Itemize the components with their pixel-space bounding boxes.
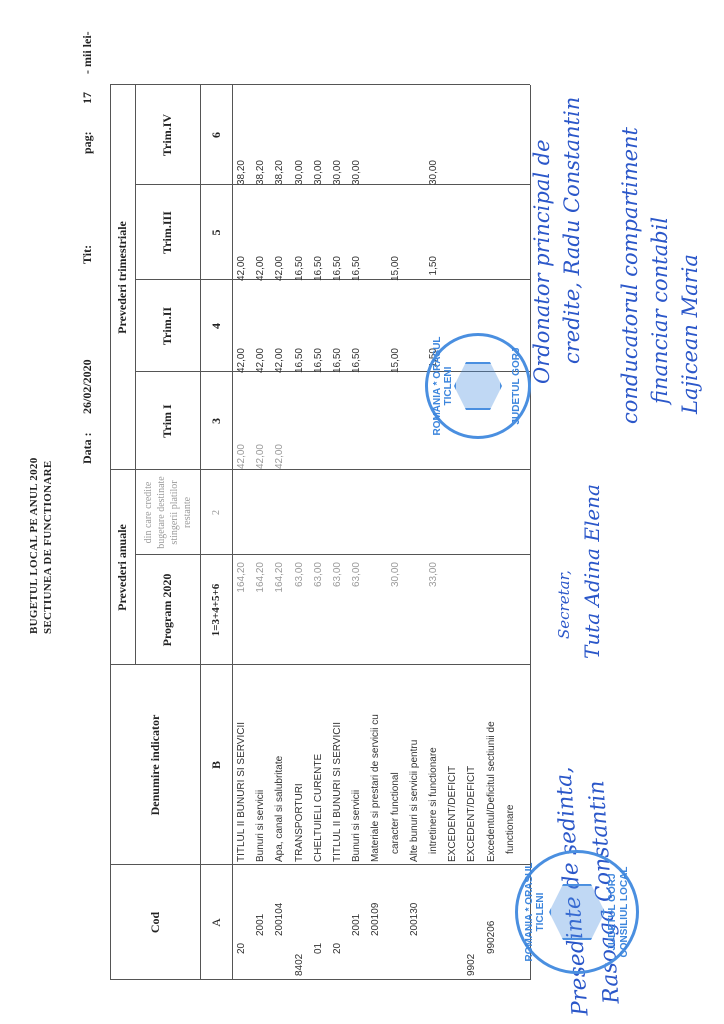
cell-cod: 200130	[409, 903, 420, 936]
cell-trim3: 42,00	[274, 256, 285, 316]
colnum-trim3: 5	[200, 185, 232, 280]
cell-denumire: Apa, canal si salubritate	[274, 756, 285, 862]
cell-trim3: 42,00	[236, 256, 247, 316]
colnum-trim2: 4	[200, 280, 232, 372]
cell-trim3: 42,00	[255, 256, 266, 316]
cell-cod: 2001	[255, 914, 266, 936]
cell-trim2: 16,50	[332, 348, 343, 408]
cell-trim2: 15,00	[390, 348, 401, 408]
header-trim2: Trim.II	[135, 280, 200, 372]
stamp2-council-text: CONSILIUL LOCAL	[619, 853, 630, 971]
colnum-trim4: 6	[200, 85, 232, 185]
cell-cod: 9902	[466, 954, 477, 976]
column-number-divider	[232, 85, 233, 980]
cell-denumire: caracter functional	[390, 772, 401, 854]
cell-trim4: 38,20	[255, 160, 266, 220]
official-stamp-primarie: ROMANIA * ORASUL TICLENI JUDETUL GORJ	[425, 333, 531, 439]
header-program: Program 2020	[135, 555, 200, 665]
cell-trim4: 30,00	[332, 160, 343, 220]
stamp-bottom-text: JUDETUL GORJ	[511, 336, 522, 436]
signature-conducator-line1: conducatorul compartiment	[618, 127, 642, 424]
cell-trim2: 42,00	[274, 348, 285, 408]
cell-trim1: 42,00	[274, 444, 285, 504]
signature-conducator-line3: Lajicean Maria	[678, 254, 702, 414]
cell-trim4: 30,00	[294, 160, 305, 220]
cell-trim4: 38,20	[274, 160, 285, 220]
unit-label: - mii lei-	[80, 31, 95, 74]
header-prevederi-trimestriale: Prevederi trimestriale	[110, 85, 135, 470]
signature-conducator-line2: financiar contabil	[648, 217, 672, 404]
cell-program: 63,00	[332, 562, 343, 622]
cell-cod: 20	[332, 943, 343, 954]
cell-denumire: EXCEDENT/DEFICIT	[466, 766, 477, 862]
cell-trim4: 30,00	[428, 160, 439, 220]
stamp-top-text: ROMANIA * ORASUL TICLENI	[432, 336, 454, 436]
cell-trim2: 42,00	[255, 348, 266, 408]
cell-cod: 01	[313, 943, 324, 954]
cell-trim3: 1,50	[428, 256, 439, 316]
page-label: pag:	[80, 131, 95, 154]
cell-denumire: TITLUL II BUNURI SI SERVICII	[236, 722, 247, 862]
cell-trim2: 16,50	[313, 348, 324, 408]
colnum-b: B	[200, 665, 232, 865]
header-trim3: Trim.III	[135, 185, 200, 280]
header-trim1: Trim I	[135, 372, 200, 470]
cell-denumire: Alte bunuri si servicii pentru	[409, 740, 420, 862]
cell-trim4: 30,00	[313, 160, 324, 220]
cell-cod: 990206	[486, 921, 497, 954]
stamp2-bottom-text: JUDETUL GORJ	[607, 853, 618, 971]
colnum-program: 1=3+4+5+6	[200, 555, 232, 665]
colnum-trim1: 3	[200, 372, 232, 470]
cell-cod: 8402	[294, 954, 305, 976]
cell-program: 63,00	[313, 562, 324, 622]
cell-cod: 200104	[274, 903, 285, 936]
signature-ordonator-line1: Ordonator principal de	[530, 139, 554, 384]
cell-trim3: 15,00	[390, 256, 401, 316]
stamp2-top-text: ROMANIA * ORASUL TICLENI	[524, 853, 546, 971]
cell-trim1: 42,00	[255, 444, 266, 504]
cell-program: 63,00	[294, 562, 305, 622]
budget-document-page: BUGETUL LOCAL PE ANUL 2020 SECTIUNEA DE …	[0, 0, 724, 1024]
header-din-care: din care credite bugetare destinate stin…	[135, 470, 200, 555]
cell-trim3: 16,50	[351, 256, 362, 316]
cell-denumire: intretinere si functionare	[428, 747, 439, 854]
date-value: 26/02/2020	[80, 359, 95, 414]
tit-label: Tit:	[80, 245, 95, 264]
header-cod: Cod	[110, 865, 200, 980]
cell-denumire: TRANSPORTURI	[294, 783, 305, 862]
header-prevederi-anuale: Prevederi anuale	[110, 470, 135, 665]
cell-program: 164,20	[255, 562, 266, 622]
official-stamp-consiliu: ROMANIA * ORASUL TICLENI JUDETUL GORJ CO…	[515, 850, 639, 974]
cell-program: 33,00	[428, 562, 439, 622]
cell-denumire: functionare	[505, 805, 516, 854]
cell-denumire: CHELTUIELI CURENTE	[313, 754, 324, 862]
cell-trim4: 30,00	[351, 160, 362, 220]
cell-denumire: Excedentul/Deficitul sectiunii de	[486, 721, 497, 862]
cell-cod: 20	[236, 943, 247, 954]
header-trim4: Trim.IV	[135, 85, 200, 185]
cell-trim3: 16,50	[294, 256, 305, 316]
cell-trim3: 16,50	[313, 256, 324, 316]
cell-trim2: 16,50	[294, 348, 305, 408]
date-label: Data :	[80, 432, 95, 464]
cell-denumire: Bunuri si servicii	[255, 790, 266, 862]
cell-program: 164,20	[236, 562, 247, 622]
cell-cod: 200109	[370, 903, 381, 936]
header-denumire: Denumire indicator	[110, 665, 200, 865]
cell-denumire: TITLUL II BUNURI SI SERVICII	[332, 722, 343, 862]
cell-program: 164,20	[274, 562, 285, 622]
colnum-a: A	[200, 865, 232, 980]
cell-cod: 2001	[351, 914, 362, 936]
document-title-line1: BUGETUL LOCAL PE ANUL 2020	[28, 457, 40, 634]
cell-trim3: 16,50	[332, 256, 343, 316]
document-title-line2: SECTIUNEA DE FUNCTIONARE	[42, 461, 54, 634]
cell-program: 30,00	[390, 562, 401, 622]
cell-trim2: 42,00	[236, 348, 247, 408]
page-number: 17	[80, 92, 95, 104]
cell-trim1: 42,00	[236, 444, 247, 504]
coat-of-arms-icon	[549, 884, 605, 940]
cell-program: 63,00	[351, 562, 362, 622]
signature-ordonator-line2: credite, Radu Constantin	[560, 97, 584, 364]
cell-denumire: Bunuri si servicii	[351, 790, 362, 862]
signature-secretar-line2: Tuta Adina Elena	[580, 484, 604, 659]
cell-denumire: EXCEDENT/DEFICIT	[447, 766, 458, 862]
cell-denumire: Materiale si prestari de servicii cu	[370, 714, 381, 862]
coat-of-arms-icon	[454, 362, 502, 410]
cell-trim4: 38,20	[236, 160, 247, 220]
colnum-din-care: 2	[200, 470, 232, 555]
cell-trim2: 16,50	[351, 348, 362, 408]
signature-secretar-line1: Secretar,	[555, 570, 573, 639]
